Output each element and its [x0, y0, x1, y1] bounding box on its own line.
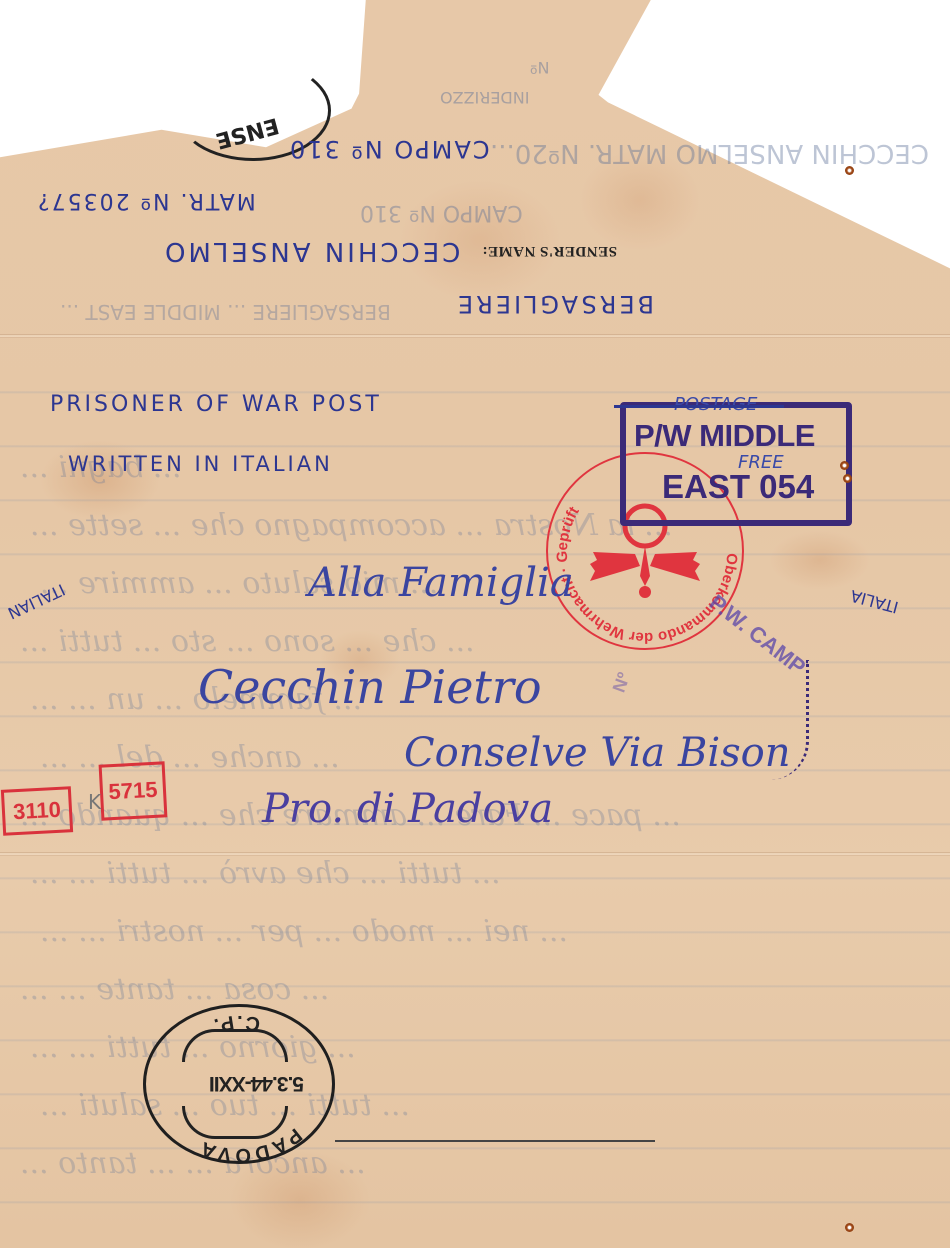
sender-name: CECCHIN ANSELMO [162, 236, 460, 266]
faint-campo: CAMPO Nº 310 [360, 200, 523, 225]
faint-sender-name: CECCHIN ANSELMO MATR. Nº20... [490, 138, 929, 168]
rust-hole-icon [845, 166, 854, 175]
bleed-line: ... cosa ... tante ... ... [20, 972, 329, 1007]
bleed-line: ... che ... sono ... sto ... tutti ... [20, 624, 475, 659]
flap-print-address: INDERIZZO [440, 88, 529, 107]
sender-campo: CAMPO Nº 310 [288, 135, 490, 163]
postmark-bar-top [182, 1106, 288, 1139]
east-054-text: EAST 054 [662, 468, 814, 506]
sender-matricola: MATR. Nº 20357? [36, 188, 256, 213]
postmark-bar-bottom [182, 1029, 288, 1062]
padova-postmark: PADOVA C.P. 5.3.44-XXII [143, 1004, 335, 1164]
address-line-1: Alla Famiglia [308, 560, 574, 606]
pw-middle-east-stamp: POSTAGE P/W MIDDLE FREE EAST 054 [620, 402, 852, 526]
rust-hole-icon [840, 461, 849, 470]
address-line-2: Cecchin Pietro [198, 660, 542, 714]
postage-struck: POSTAGE [614, 394, 757, 415]
postmark-date: 5.3.44-XXII [210, 1071, 304, 1095]
rust-hole-icon [845, 1223, 854, 1232]
bleed-line: ... tutti ... che avrò ... tutti ... ... [30, 856, 501, 891]
pow-post-note: PRISONER OF WAR POST [50, 392, 382, 417]
bleed-line: ... anche ... del ... ... [40, 740, 340, 775]
address-line-4: Pro. di Padova [262, 786, 553, 832]
sender-rank: BERSAGLIERE [455, 290, 654, 318]
fold-line-top [0, 334, 950, 338]
written-in-italian-note: WRITTEN IN ITALIAN [68, 452, 333, 476]
address-line-3: Conselve Via Bison [404, 730, 791, 776]
bleed-line: ... nei ... modo ... per ... nostri ... … [40, 914, 568, 949]
faint-rank: BERSAGLIERE ... MIDDLE EAST ... [60, 300, 391, 324]
rust-hole-icon [843, 474, 852, 483]
pencil-mark: K [88, 790, 101, 814]
pw-middle-text: P/W MIDDLE [634, 418, 815, 454]
censor-number-5715: 5715 [99, 761, 168, 820]
censor-number-3110: 3110 [1, 786, 73, 836]
flap-print-no: Nº [530, 58, 550, 77]
tear-line [335, 1140, 655, 1142]
sender-name-label: SENDER'S NAME: [482, 242, 617, 259]
